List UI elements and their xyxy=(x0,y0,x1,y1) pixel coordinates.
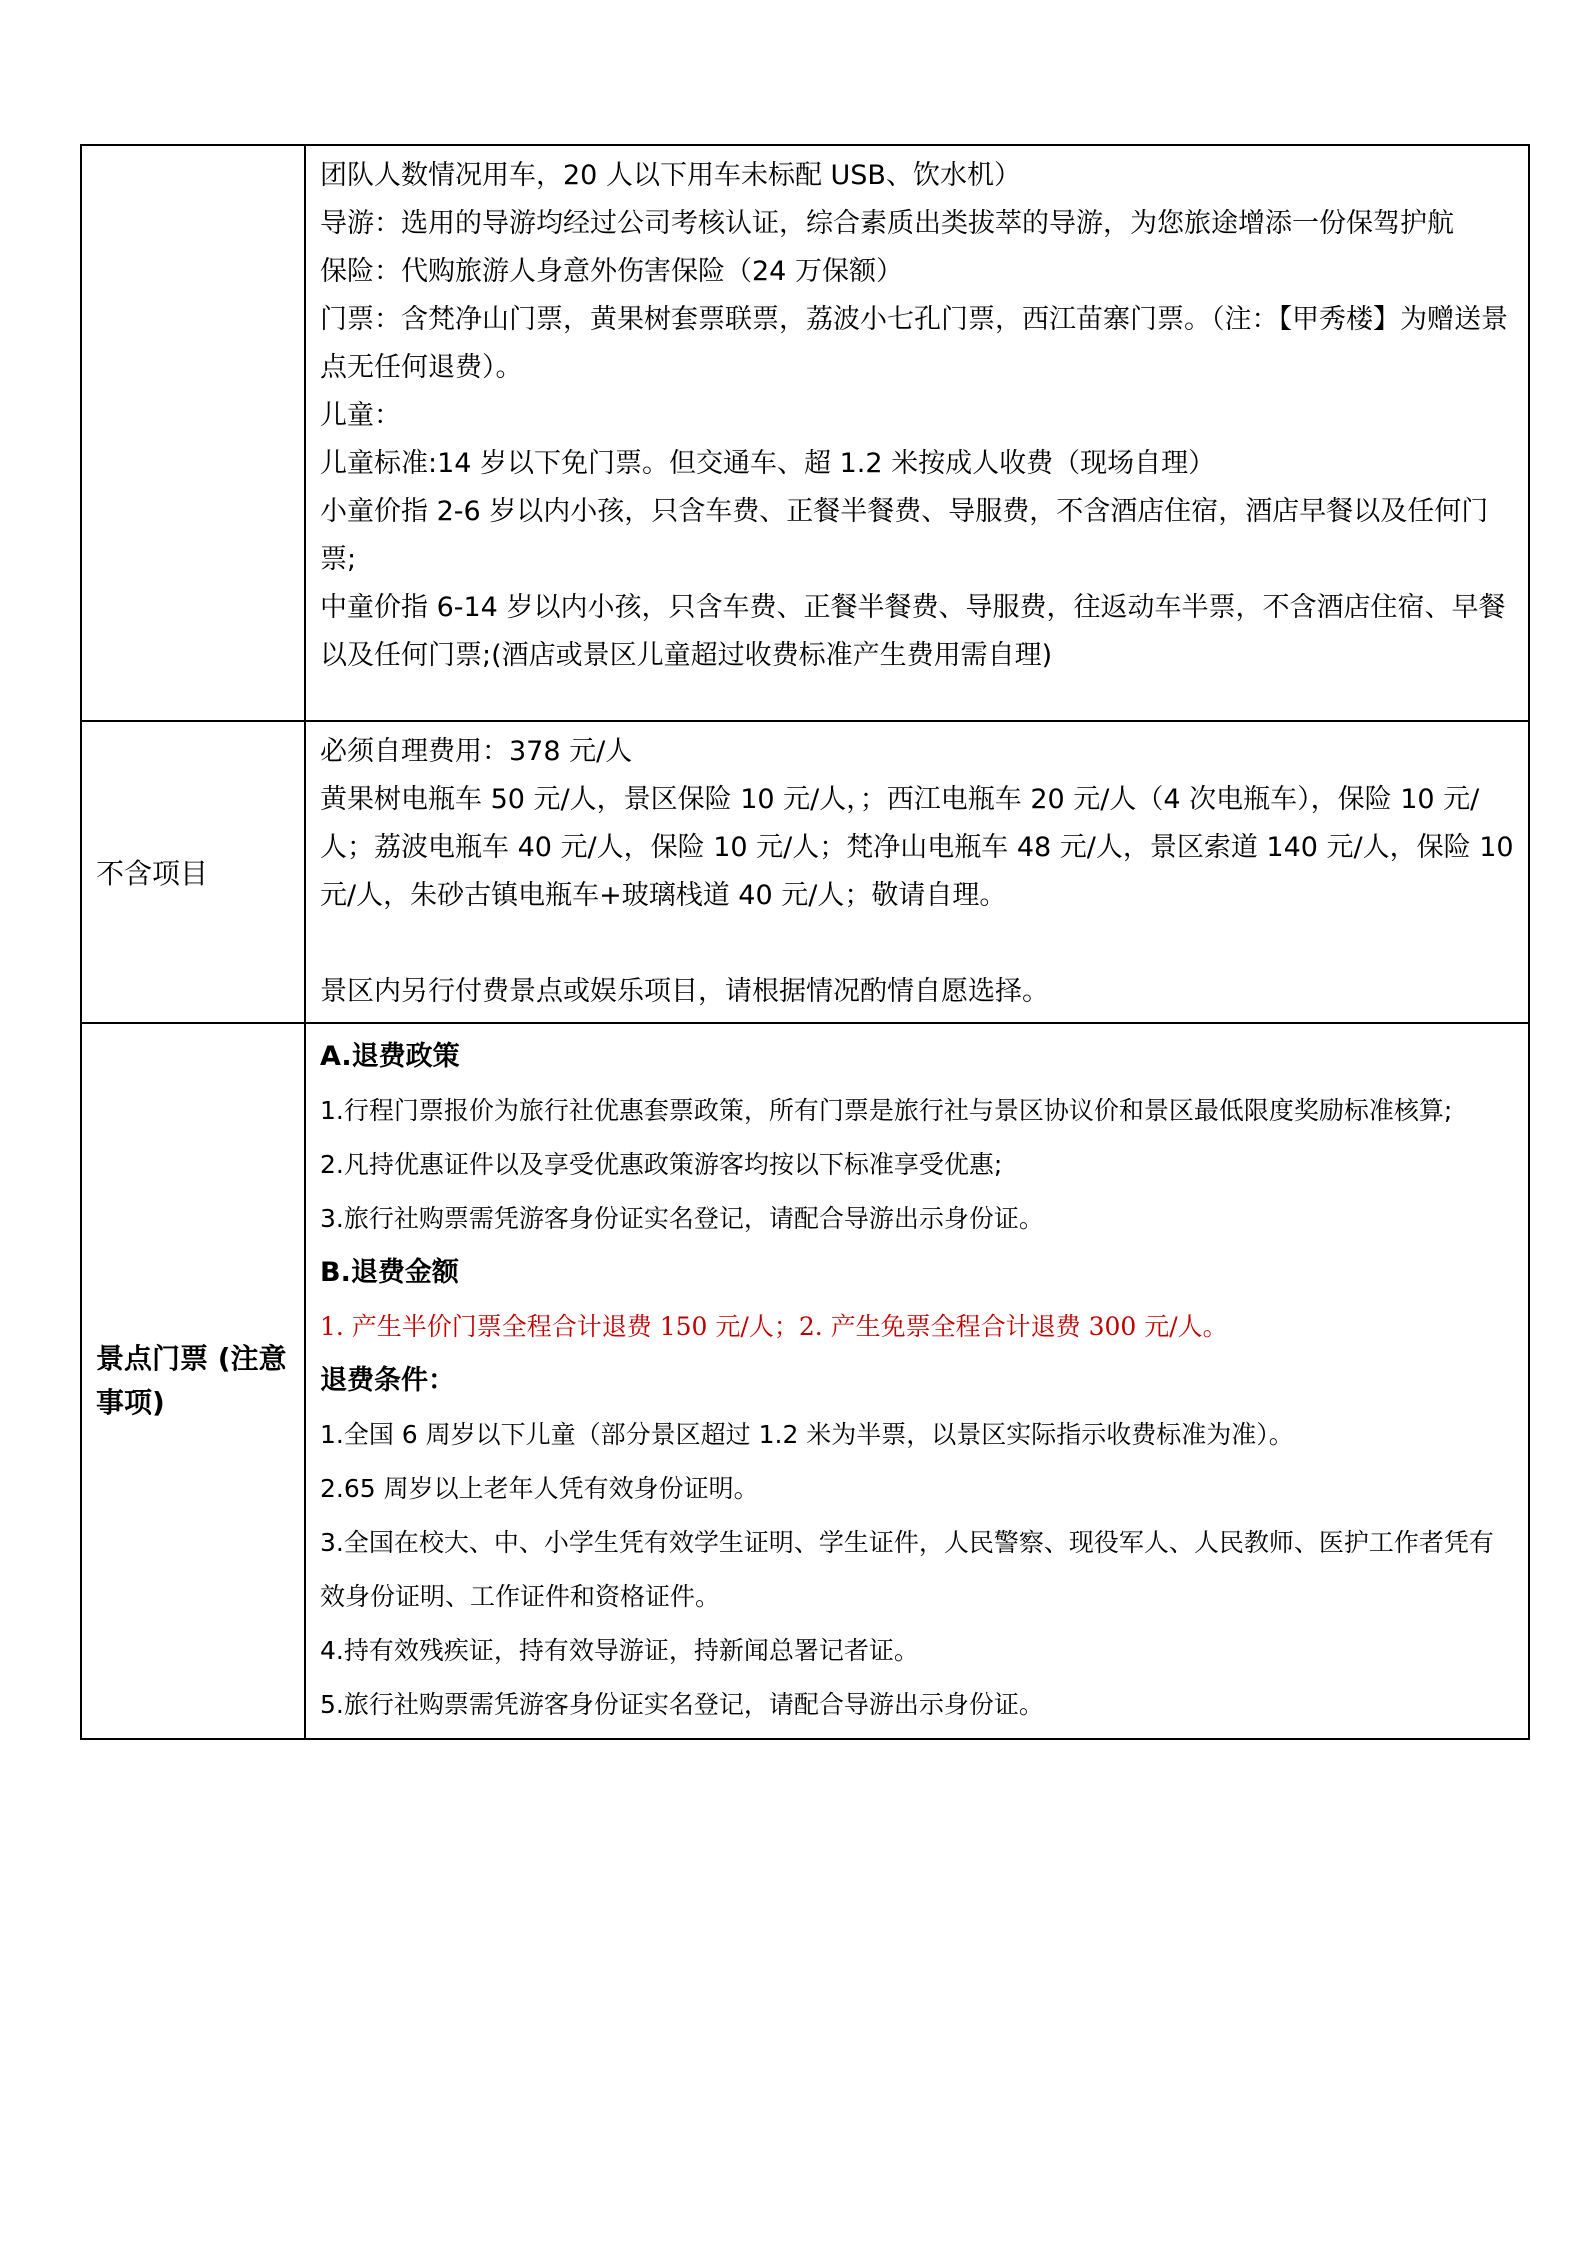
text-line: 小童价指 2-6 岁以内小孩，只含车费、正餐半餐费、导服费，不含酒店住宿，酒店早… xyxy=(320,488,1518,584)
table-row-excluded: 不含项目 必须自理费用：378 元/人 黄果树电瓶车 50 元/人，景区保险 1… xyxy=(81,721,1529,1023)
text-line: 导游：选用的导游均经过公司考核认证，综合素质出类拔萃的导游，为您旅途增添一份保驾… xyxy=(320,200,1518,248)
spacer xyxy=(320,920,1518,968)
text-line: 黄果树电瓶车 50 元/人，景区保险 10 元/人，；西江电瓶车 20 元/人（… xyxy=(320,776,1518,920)
table-row-included: 团队人数情况用车，20 人以下用车未标配 USB、饮水机） 导游：选用的导游均经… xyxy=(81,145,1529,721)
section-title-refund-policy: A.退费政策 xyxy=(320,1030,1518,1084)
text-line: 3.全国在校大、中、小学生凭有效学生证明、学生证件，人民警察、现役军人、人民教师… xyxy=(320,1516,1518,1624)
text-line: 儿童： xyxy=(320,392,1518,440)
row-content-tickets: A.退费政策 1.行程门票报价为旅行社优惠套票政策，所有门票是旅行社与景区协议价… xyxy=(305,1023,1529,1739)
text-line: 中童价指 6-14 岁以内小孩，只含车费、正餐半餐费、导服费，往返动车半票，不含… xyxy=(320,584,1518,680)
table-row-tickets: 景点门票 (注意事项) A.退费政策 1.行程门票报价为旅行社优惠套票政策，所有… xyxy=(81,1023,1529,1739)
row-label-excluded: 不含项目 xyxy=(81,721,305,1023)
row-content-included: 团队人数情况用车，20 人以下用车未标配 USB、饮水机） 导游：选用的导游均经… xyxy=(305,145,1529,721)
refund-amount-text: 1. 产生半价门票全程合计退费 150 元/人；2. 产生免票全程合计退费 30… xyxy=(320,1300,1518,1354)
text-line: 景区内另行付费景点或娱乐项目，请根据情况酌情自愿选择。 xyxy=(320,968,1518,1016)
section-title-refund-amount: B.退费金额 xyxy=(320,1246,1518,1300)
text-line: 团队人数情况用车，20 人以下用车未标配 USB、饮水机） xyxy=(320,152,1518,200)
row-label-included xyxy=(81,145,305,721)
text-line: 保险：代购旅游人身意外伤害保险（24 万保额） xyxy=(320,248,1518,296)
text-line: 儿童标准:14 岁以下免门票。但交通车、超 1.2 米按成人收费（现场自理） xyxy=(320,440,1518,488)
text-line: 1.行程门票报价为旅行社优惠套票政策，所有门票是旅行社与景区协议价和景区最低限度… xyxy=(320,1084,1518,1138)
itinerary-table: 团队人数情况用车，20 人以下用车未标配 USB、饮水机） 导游：选用的导游均经… xyxy=(80,144,1530,1740)
text-line: 1.全国 6 周岁以下儿童（部分景区超过 1.2 米为半票，以景区实际指示收费标… xyxy=(320,1408,1518,1462)
text-line: 5.旅行社购票需凭游客身份证实名登记，请配合导游出示身份证。 xyxy=(320,1678,1518,1732)
section-title-refund-conditions: 退费条件： xyxy=(320,1354,1518,1408)
text-line: 3.旅行社购票需凭游客身份证实名登记，请配合导游出示身份证。 xyxy=(320,1192,1518,1246)
text-line: 必须自理费用：378 元/人 xyxy=(320,728,1518,776)
text-line: 2.65 周岁以上老年人凭有效身份证明。 xyxy=(320,1462,1518,1516)
row-content-excluded: 必须自理费用：378 元/人 黄果树电瓶车 50 元/人，景区保险 10 元/人… xyxy=(305,721,1529,1023)
text-line: 4.持有效残疾证，持有效导游证，持新闻总署记者证。 xyxy=(320,1624,1518,1678)
row-label-tickets: 景点门票 (注意事项) xyxy=(81,1023,305,1739)
text-line: 门票：含梵净山门票，黄果树套票联票，荔波小七孔门票，西江苗寨门票。（注：【甲秀楼… xyxy=(320,296,1518,392)
text-line: 2.凡持优惠证件以及享受优惠政策游客均按以下标准享受优惠; xyxy=(320,1138,1518,1192)
